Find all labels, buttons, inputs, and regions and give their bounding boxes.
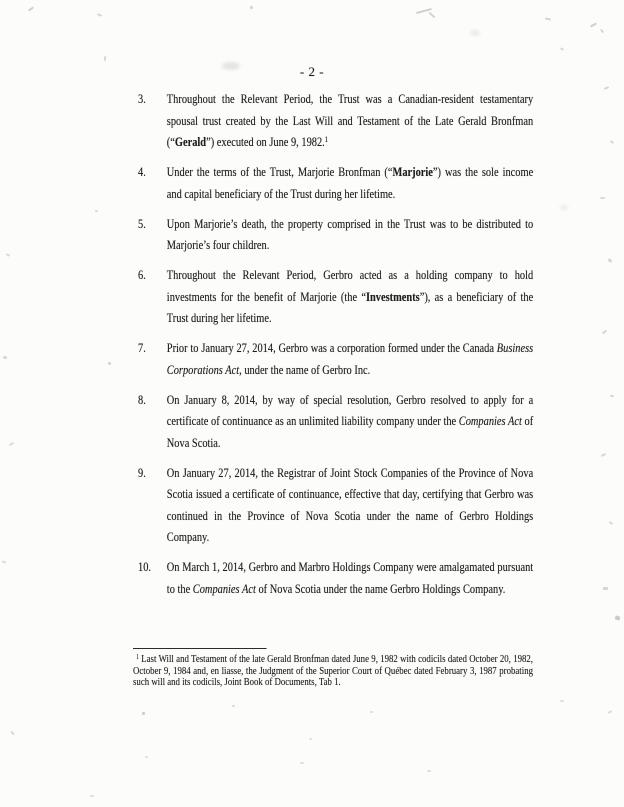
paragraph-4: 4. Under the terms of the Trust, Marjori…: [138, 161, 533, 204]
paragraph-text: On January 8, 2014, by way of special re…: [167, 389, 533, 454]
scan-artifact: [95, 210, 98, 212]
scan-artifact: [300, 762, 304, 764]
paragraph-9: 9. On January 27, 2014, the Registrar of…: [138, 462, 533, 548]
scan-artifact: [590, 22, 597, 27]
scan-artifact: [6, 253, 10, 257]
paragraph-text: Upon Marjorie’s death, the property comp…: [167, 213, 533, 256]
scan-artifact: [145, 756, 148, 758]
scan-artifact: [603, 587, 608, 590]
scan-artifact: [610, 140, 614, 144]
scan-artifact: [3, 356, 7, 359]
scan-artifact: [142, 712, 145, 715]
scan-artifact: [2, 560, 6, 563]
paragraph-text: On March 1, 2014, Gerbro and Marbro Hold…: [167, 556, 533, 599]
document-page: - 2 - 3. Throughout the Relevant Period,…: [0, 0, 624, 807]
scan-artifact: [97, 13, 102, 17]
paragraph-3: 3. Throughout the Relevant Period, the T…: [138, 88, 533, 153]
scan-artifact: [90, 795, 94, 797]
paragraph-text: Throughout the Relevant Period, Gerbro a…: [167, 264, 533, 329]
scan-artifact: [614, 615, 620, 620]
paragraph-text: On January 27, 2014, the Registrar of Jo…: [167, 462, 533, 548]
paragraph-7: 7. Prior to January 27, 2014, Gerbro was…: [138, 337, 533, 380]
paragraph-5: 5. Upon Marjorie’s death, the property c…: [138, 213, 533, 256]
scan-artifact: [545, 17, 551, 20]
scan-smudge: [560, 205, 568, 210]
paragraph-number: 9.: [138, 462, 167, 548]
scan-artifact: [600, 29, 604, 33]
scan-artifact: [610, 395, 614, 398]
scan-artifact: [600, 197, 605, 199]
footnote: 1 Last Will and Testament of the late Ge…: [133, 648, 533, 689]
scan-artifact: [609, 521, 613, 525]
scan-artifact: [602, 330, 607, 335]
scan-smudge: [470, 30, 480, 36]
paragraph-number: 3.: [138, 88, 167, 153]
paragraph-10: 10. On March 1, 2014, Gerbro and Marbro …: [138, 556, 533, 599]
paragraph-text: Prior to January 27, 2014, Gerbro was a …: [167, 337, 533, 380]
scan-artifact: [250, 6, 253, 9]
paragraph-number: 5.: [138, 213, 167, 256]
scan-artifact: [28, 6, 34, 11]
scan-artifact: [608, 258, 613, 263]
paragraph-number: 4.: [138, 161, 167, 204]
scan-artifact: [428, 12, 435, 19]
paragraph-number: 7.: [138, 337, 167, 380]
paragraph-8: 8. On January 8, 2014, by way of special…: [138, 389, 533, 454]
paragraph-number: 10.: [138, 556, 167, 599]
scan-artifact: [608, 710, 612, 714]
document-body: 3. Throughout the Relevant Period, the T…: [138, 88, 533, 608]
paragraph-number: 8.: [138, 389, 167, 454]
scan-artifact: [427, 770, 431, 772]
scan-artifact: [560, 47, 564, 51]
scan-artifact: [416, 8, 432, 14]
paragraph-number: 6.: [138, 264, 167, 329]
scan-artifact: [601, 453, 606, 457]
scan-artifact: [560, 700, 564, 703]
scan-artifact: [309, 738, 312, 740]
paragraph-text: Throughout the Relevant Period, the Trus…: [167, 88, 533, 153]
paragraph-6: 6. Throughout the Relevant Period, Gerbr…: [138, 264, 533, 329]
scan-artifact: [108, 362, 111, 365]
scan-artifact: [370, 711, 373, 713]
footnote-divider: [133, 648, 267, 649]
scan-artifact: [604, 86, 609, 90]
scan-artifact: [104, 56, 107, 61]
paragraph-text: Under the terms of the Trust, Marjorie B…: [167, 161, 533, 204]
footnote-text: 1 Last Will and Testament of the late Ge…: [133, 654, 533, 689]
scan-artifact: [232, 705, 235, 707]
page-number: - 2 -: [0, 64, 624, 80]
scan-artifact: [10, 731, 15, 736]
scan-artifact: [9, 442, 14, 447]
